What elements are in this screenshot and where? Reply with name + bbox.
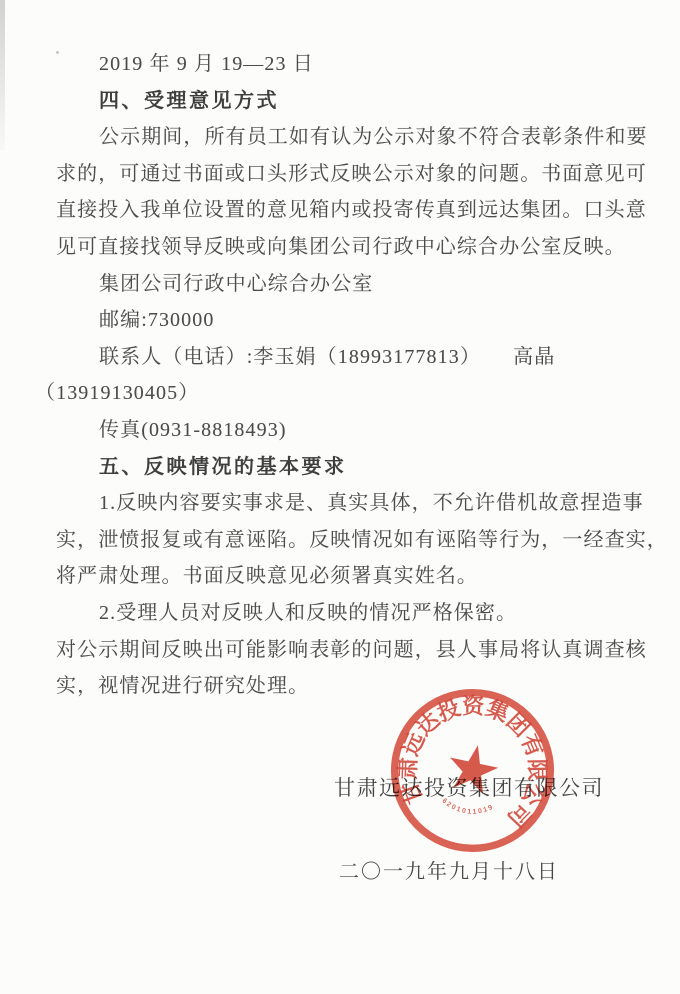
- seal-ring: [386, 684, 559, 857]
- date-range-line: 2019 年 9 月 19—23 日: [56, 46, 628, 83]
- company-seal: 甘肃远达投资集团有限公司 6201011019: [386, 684, 559, 857]
- document-page: 2019 年 9 月 19—23 日 四、受理意见方式 公示期间，所有员工如有认…: [0, 0, 680, 994]
- section-heading-5: 五、反映情况的基本要求: [56, 449, 628, 486]
- scan-edge-artifact: [0, 0, 5, 150]
- text-line: 公示期间，所有员工如有认为公示对象不符合表彰条件和要: [56, 119, 628, 156]
- fax-line: 传真(0931-8818493): [56, 412, 628, 449]
- text-line: 求的，可通过书面或口头形式反映公示对象的问题。书面意见可: [56, 156, 628, 193]
- text-line: 见可直接找领导反映或向集团公司行政中心综合办公室反映。: [56, 229, 628, 266]
- postcode-line: 邮编:730000: [56, 302, 628, 339]
- body-text-block: 2019 年 9 月 19—23 日 四、受理意见方式 公示期间，所有员工如有认…: [56, 46, 628, 705]
- text-line: 2.受理人员对反映人和反映的情况严格保密。: [56, 595, 628, 632]
- text-line: 实，视情况进行研究处理。: [56, 668, 628, 705]
- text-line: 将严肃处理。书面反映意见必须署真实姓名。: [56, 558, 628, 595]
- seal-ring-text: 甘肃远达投资集团有限公司: [386, 684, 559, 836]
- text-line: 直接投入我单位设置的意见箱内或投寄传真到远达集团。口头意: [56, 192, 628, 229]
- phone-line: （13919130405）: [35, 375, 628, 412]
- section-heading-4: 四、受理意见方式: [56, 83, 628, 120]
- text-line: 对公示期间反映出可能影响表彰的问题，县人事局将认真调查核: [56, 632, 628, 669]
- contact-line: 联系人（电话）:李玉娟（18993177813） 高晶: [56, 339, 628, 376]
- signature-date: 二〇一九年九月十八日: [339, 855, 559, 884]
- signature-company-name: 甘肃远达投资集团有限公司: [334, 772, 604, 802]
- text-line: 1.反映内容要实事求是、真实具体，不允许借机故意捏造事: [56, 485, 628, 522]
- text-line: 实，泄愤报复或有意诬陷。反映情况如有诬陷等行为，一经查实，: [56, 522, 628, 559]
- office-name-line: 集团公司行政中心综合办公室: [56, 266, 628, 303]
